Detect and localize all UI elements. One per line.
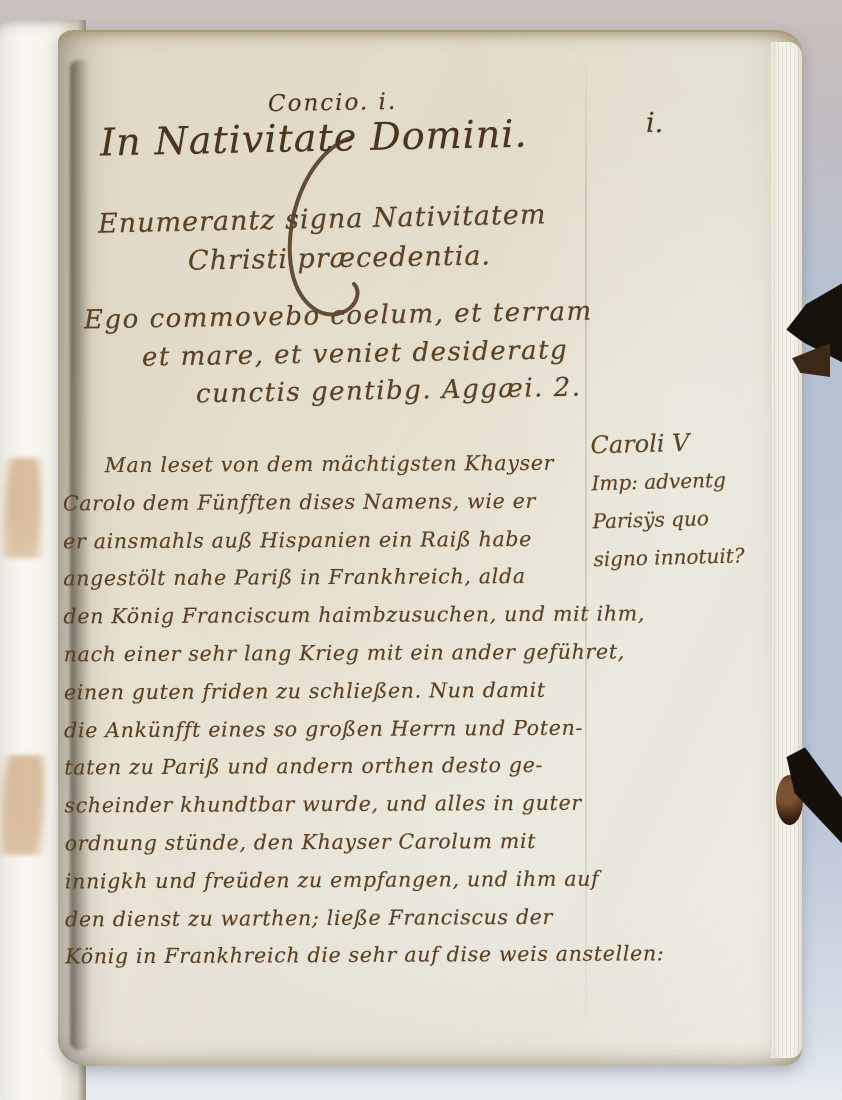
body-line: die Ankünfft eines so großen Herrn und P…	[64, 709, 589, 750]
margin-note-line: Parisÿs quo	[592, 498, 768, 541]
body-line: den dienst zu warthen; ließe Franciscus …	[65, 898, 590, 939]
body-line: innigkh und freüden zu empfangen, und ih…	[65, 860, 590, 901]
subtitle-line: Christi præcedentia.	[188, 240, 491, 276]
body-line: einen guten friden zu schließen. Nun dam…	[64, 671, 589, 712]
body-line: König in Frankhreich die sehr auf dise w…	[65, 936, 590, 977]
body-line: nach einer sehr lang Krieg mit ein ander…	[64, 634, 589, 675]
body-line: Carolo dem Fünfften dises Namens, wie er	[63, 482, 588, 523]
clasp-strap	[784, 281, 842, 397]
bleedthrough-initial	[0, 755, 46, 855]
body-line: den König Franciscum haimbzusuchen, und …	[63, 596, 588, 637]
clasp-tip	[792, 343, 830, 377]
book-clasp-bottom	[776, 745, 842, 865]
body-line: er ainsmahls auß Hispanien ein Raiß habe	[63, 520, 588, 561]
body-line: scheinder khundtbar wurde, und alles in …	[64, 785, 589, 826]
folio-number: i.	[646, 108, 663, 139]
page-heading: Concio. i.	[268, 89, 398, 117]
margin-note-line: Caroli V	[590, 422, 766, 465]
bleedthrough-initial	[2, 458, 46, 558]
book-clasp-top	[784, 281, 842, 397]
body-line: angestölt nahe Pariß in Frankhreich, ald…	[63, 558, 588, 599]
margin-note: Caroli V Imp: adventg Parisÿs quo signo …	[590, 422, 769, 579]
body-line: taten zu Pariß und andern orthen desto g…	[64, 747, 589, 788]
photo-background: Concio. i. In Nativitate Domini. i. Enum…	[0, 0, 842, 1100]
margin-note-line: Imp: adventg	[591, 460, 767, 503]
body-text: Man leset von dem mächtigsten Khayser Ca…	[63, 445, 591, 977]
body-line: Man leset von dem mächtigsten Khayser	[63, 445, 588, 486]
margin-note-line: signo innotuit?	[593, 536, 769, 579]
body-line: ordnung stünde, den Khayser Carolum mit	[65, 823, 590, 864]
fore-edge-pages	[770, 42, 802, 1058]
